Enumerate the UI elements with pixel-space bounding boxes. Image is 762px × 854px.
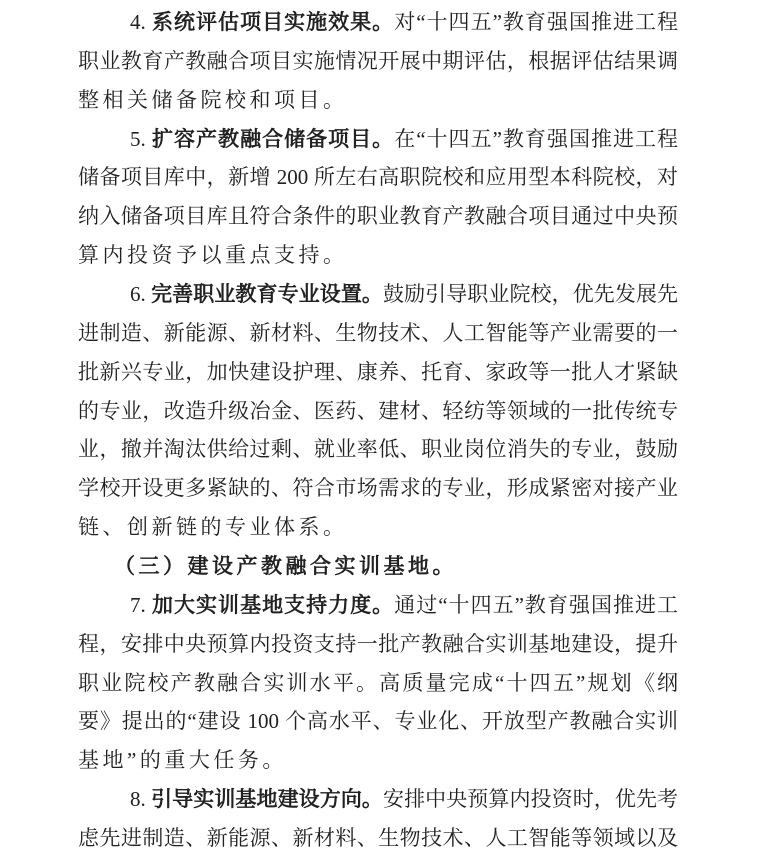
document-line: 的专业，改造升级冶金、医药、建材、轻纺等领域的一批传统专 — [78, 392, 678, 431]
text-run: 在“十四五”教育强国推进工程 — [394, 127, 678, 151]
document-line: 业，撤并淘汰供给过剩、就业率低、职业岗位消失的专业，鼓励 — [78, 430, 678, 469]
text-run: 整相关储备院校和项目。 — [78, 88, 348, 112]
paragraph-item-4: 4. 系统评估项目实施效果。对“十四五”教育强国推进工程职业教育产教融合项目实施… — [78, 3, 678, 120]
heading-run: 完善职业教育专业设置。 — [151, 282, 383, 306]
document-line: 整相关储备院校和项目。 — [78, 81, 678, 120]
paragraph-section-3-heading: （三）建设产教融合实训基地。 — [78, 547, 678, 586]
document-line: 职业教育产教融合项目实施情况开展中期评估，根据评估结果调 — [78, 42, 678, 81]
text-run: 要》提出的“建设 100 个高水平、专业化、开放型产教融合实训 — [78, 709, 678, 733]
text-run: 6. — [130, 282, 151, 306]
text-run: 职业院校产教融合实训水平。高质量完成“十四五”规划《纲 — [78, 671, 678, 695]
text-run: 职业教育产教融合项目实施情况开展中期评估，根据评估结果调 — [78, 49, 678, 73]
document-line: 进制造、新能源、新材料、生物技术、人工智能等产业需要的一 — [78, 314, 678, 353]
document-line: （三）建设产教融合实训基地。 — [78, 547, 678, 586]
document-line: 程，安排中央预算内投资支持一批产教融合实训基地建设，提升 — [78, 625, 678, 664]
document-line: 批新兴专业，加快建设护理、康养、托育、家政等一批人才紧缺 — [78, 353, 678, 392]
text-run: 储备项目库中，新增 200 所左右高职院校和应用型本科院校，对 — [78, 165, 678, 189]
text-run: 学校开设更多紧缺的、符合市场需求的专业，形成紧密对接产业 — [78, 476, 678, 500]
document-line: 算内投资予以重点支持。 — [78, 236, 678, 275]
text-run: 纳入储备项目库且符合条件的职业教育产教融合项目通过中央预 — [78, 204, 678, 228]
document-line: 纳入储备项目库且符合条件的职业教育产教融合项目通过中央预 — [78, 197, 678, 236]
heading-run: （三）建设产教融合实训基地。 — [114, 554, 457, 578]
heading-run: 加大实训基地支持力度。 — [152, 593, 394, 617]
text-run: 进制造、新能源、新材料、生物技术、人工智能等产业需要的一 — [78, 321, 678, 345]
document-line: 4. 系统评估项目实施效果。对“十四五”教育强国推进工程 — [78, 3, 678, 42]
paragraph-item-8: 8. 引导实训基地建设方向。安排中央预算内投资时，优先考虑先进制造、新能源、新材… — [78, 780, 678, 854]
document-line: 6. 完善职业教育专业设置。鼓励引导职业院校，优先发展先 — [78, 275, 678, 314]
text-run: 5. — [130, 127, 152, 151]
text-run: 7. — [130, 593, 152, 617]
document-page: 4. 系统评估项目实施效果。对“十四五”教育强国推进工程职业教育产教融合项目实施… — [0, 0, 762, 854]
text-run: 链、创新链的专业体系。 — [78, 515, 348, 539]
document-line: 要》提出的“建设 100 个高水平、专业化、开放型产教融合实训 — [78, 702, 678, 741]
text-run: 安排中央预算内投资时，优先考 — [383, 787, 678, 811]
document-line: 5. 扩容产教融合储备项目。在“十四五”教育强国推进工程 — [78, 120, 678, 159]
text-run: 业，撤并淘汰供给过剩、就业率低、职业岗位消失的专业，鼓励 — [78, 437, 678, 461]
heading-run: 系统评估项目实施效果。 — [152, 10, 394, 34]
document-line: 职业院校产教融合实训水平。高质量完成“十四五”规划《纲 — [78, 664, 678, 703]
heading-run: 扩容产教融合储备项目。 — [152, 127, 394, 151]
document-line: 链、创新链的专业体系。 — [78, 508, 678, 547]
document-line: 7. 加大实训基地支持力度。通过“十四五”教育强国推进工 — [78, 586, 678, 625]
text-run: 4. — [130, 10, 152, 34]
paragraph-item-7: 7. 加大实训基地支持力度。通过“十四五”教育强国推进工程，安排中央预算内投资支… — [78, 586, 678, 780]
text-run: 鼓励引导职业院校，优先发展先 — [383, 282, 678, 306]
heading-run: 引导实训基地建设方向。 — [151, 787, 383, 811]
text-run: 基地”的重大任务。 — [78, 748, 287, 772]
document-line: 储备项目库中，新增 200 所左右高职院校和应用型本科院校，对 — [78, 158, 678, 197]
text-run: 算内投资予以重点支持。 — [78, 243, 348, 267]
document-line: 学校开设更多紧缺的、符合市场需求的专业，形成紧密对接产业 — [78, 469, 678, 508]
text-run: 通过“十四五”教育强国推进工 — [394, 593, 678, 617]
text-block: 4. 系统评估项目实施效果。对“十四五”教育强国推进工程职业教育产教融合项目实施… — [78, 3, 678, 854]
text-run: 虑先进制造、新能源、新材料、生物技术、人工智能等领域以及 — [78, 826, 678, 850]
text-run: 批新兴专业，加快建设护理、康养、托育、家政等一批人才紧缺 — [78, 360, 678, 384]
text-run: 对“十四五”教育强国推进工程 — [394, 10, 678, 34]
document-line: 虑先进制造、新能源、新材料、生物技术、人工智能等领域以及 — [78, 819, 678, 854]
text-run: 8. — [130, 787, 151, 811]
paragraph-item-5: 5. 扩容产教融合储备项目。在“十四五”教育强国推进工程储备项目库中，新增 20… — [78, 120, 678, 275]
document-line: 8. 引导实训基地建设方向。安排中央预算内投资时，优先考 — [78, 780, 678, 819]
paragraph-item-6: 6. 完善职业教育专业设置。鼓励引导职业院校，优先发展先进制造、新能源、新材料、… — [78, 275, 678, 547]
text-run: 的专业，改造升级冶金、医药、建材、轻纺等领域的一批传统专 — [78, 399, 678, 423]
document-line: 基地”的重大任务。 — [78, 741, 678, 780]
text-run: 程，安排中央预算内投资支持一批产教融合实训基地建设，提升 — [78, 632, 678, 656]
